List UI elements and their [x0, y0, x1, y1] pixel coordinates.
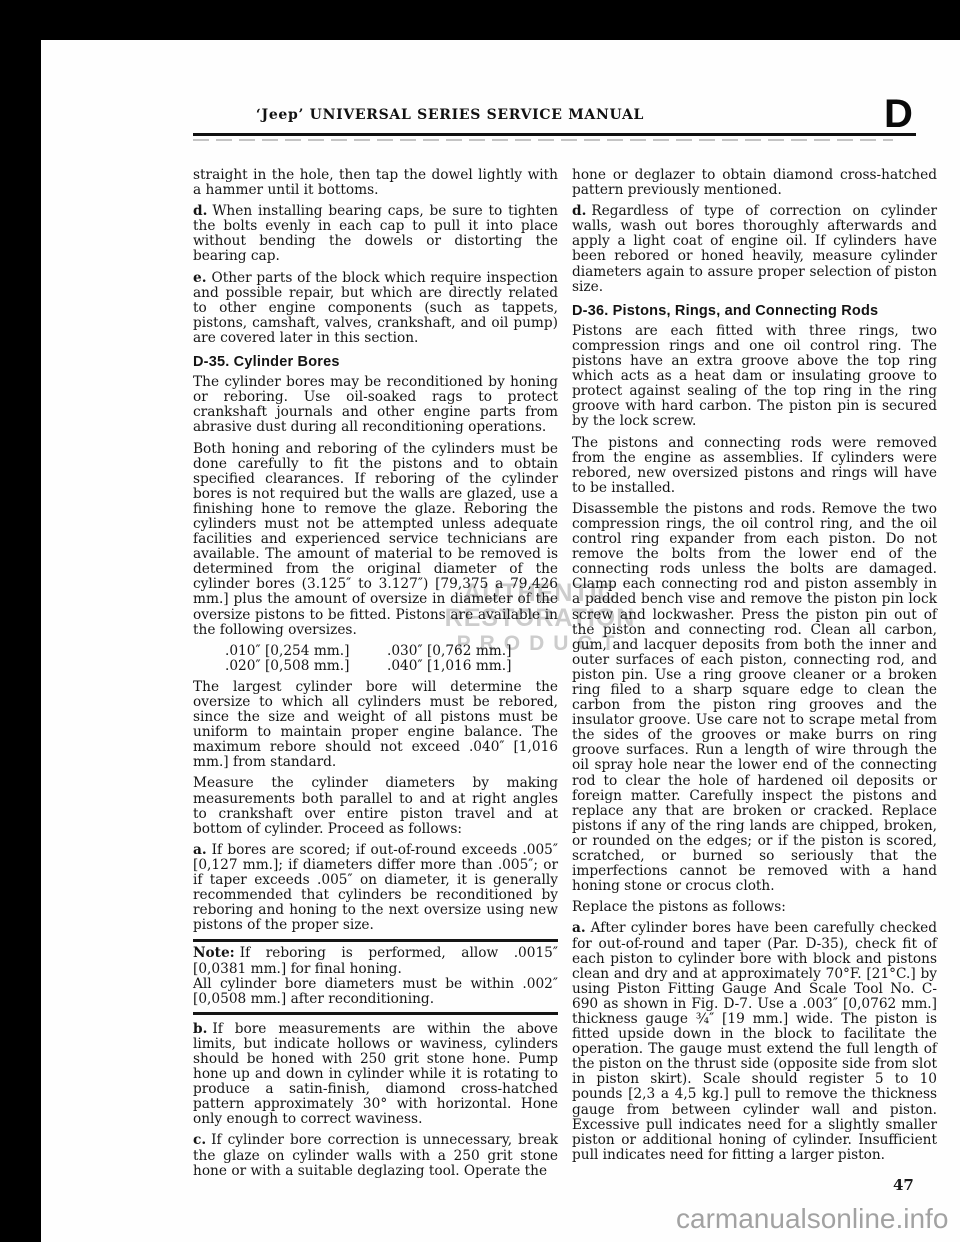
- paragraph: Pistons are each fitted with three rings…: [572, 324, 937, 430]
- paragraph: Disassemble the pistons and rods. Remove…: [572, 502, 937, 894]
- paragraph: straight in the hole, then tap the dowel…: [193, 168, 558, 198]
- paragraph-lead: a.: [572, 920, 586, 936]
- oversize-value: .030″ [0,762 mm.]: [387, 644, 511, 659]
- paragraph: a.If bores are scored; if out-of-round e…: [193, 843, 558, 934]
- page-title: ‘Jeep’ UNIVERSAL SERIES SERVICE MANUAL: [240, 107, 660, 123]
- paragraph-lead: c.: [193, 1132, 206, 1148]
- paragraph-lead: a.: [193, 842, 207, 858]
- paragraph-lead: b.: [193, 1021, 207, 1037]
- paragraph: The cylinder bores may be reconditioned …: [193, 375, 558, 435]
- oversize-value: .010″ [0,254 mm.]: [225, 644, 387, 659]
- scan-top-border: [0, 0, 960, 40]
- paragraph: The pistons and connecting rods were rem…: [572, 436, 937, 496]
- note-block: Note:If reboring is performed, allow .00…: [193, 939, 558, 1014]
- paragraph: e.Other parts of the block which require…: [193, 271, 558, 346]
- oversize-value: .020″ [0,508 mm.]: [225, 659, 387, 674]
- oversize-row: .010″ [0,254 mm.].030″ [0,762 mm.]: [193, 644, 558, 659]
- two-column-text: straight in the hole, then tap the dowel…: [193, 168, 937, 1185]
- paragraph: b.If bore measurements are within the ab…: [193, 1022, 558, 1128]
- site-watermark: carmanualsonline.info: [676, 1203, 948, 1235]
- paragraph: d.Regardless of type of correction on cy…: [572, 204, 937, 295]
- oversize-table: .010″ [0,254 mm.].030″ [0,762 mm.].020″ …: [193, 644, 558, 674]
- right-column: hone or deglazer to obtain diamond cross…: [572, 168, 937, 1185]
- paragraph-lead: Note:: [193, 945, 235, 961]
- paragraph: hone or deglazer to obtain diamond cross…: [572, 168, 937, 198]
- header-rule: [193, 133, 916, 136]
- paragraph-lead: e.: [193, 270, 206, 286]
- section-heading: D-36. Pistons, Rings, and Connecting Rod…: [572, 304, 937, 319]
- paragraph-lead: d.: [193, 203, 207, 219]
- paragraph-lead: d.: [572, 203, 586, 219]
- paragraph: a.After cylinder bores have been careful…: [572, 921, 937, 1163]
- paragraph: The largest cylinder bore will determine…: [193, 680, 558, 771]
- scan-left-border: [0, 0, 41, 1242]
- section-heading: D-35. Cylinder Bores: [193, 355, 558, 370]
- left-column: straight in the hole, then tap the dowel…: [193, 168, 558, 1185]
- oversize-row: .020″ [0,508 mm.].040″ [1,016 mm.]: [193, 659, 558, 674]
- paragraph: All cylinder bore diameters must be with…: [193, 977, 558, 1007]
- header-rule-scan-artifact: [193, 139, 893, 141]
- paragraph: Replace the pistons as follows:: [572, 900, 937, 915]
- paragraph: Note:If reboring is performed, allow .00…: [193, 946, 558, 976]
- paragraph: d.When installing bearing caps, be sure …: [193, 204, 558, 264]
- paragraph: c.If cylinder bore correction is unneces…: [193, 1133, 558, 1178]
- section-letter: D: [884, 94, 913, 134]
- paragraph: Both honing and reboring of the cylinder…: [193, 442, 558, 638]
- oversize-value: .040″ [1,016 mm.]: [387, 659, 511, 674]
- paragraph: Measure the cylinder diameters by making…: [193, 776, 558, 836]
